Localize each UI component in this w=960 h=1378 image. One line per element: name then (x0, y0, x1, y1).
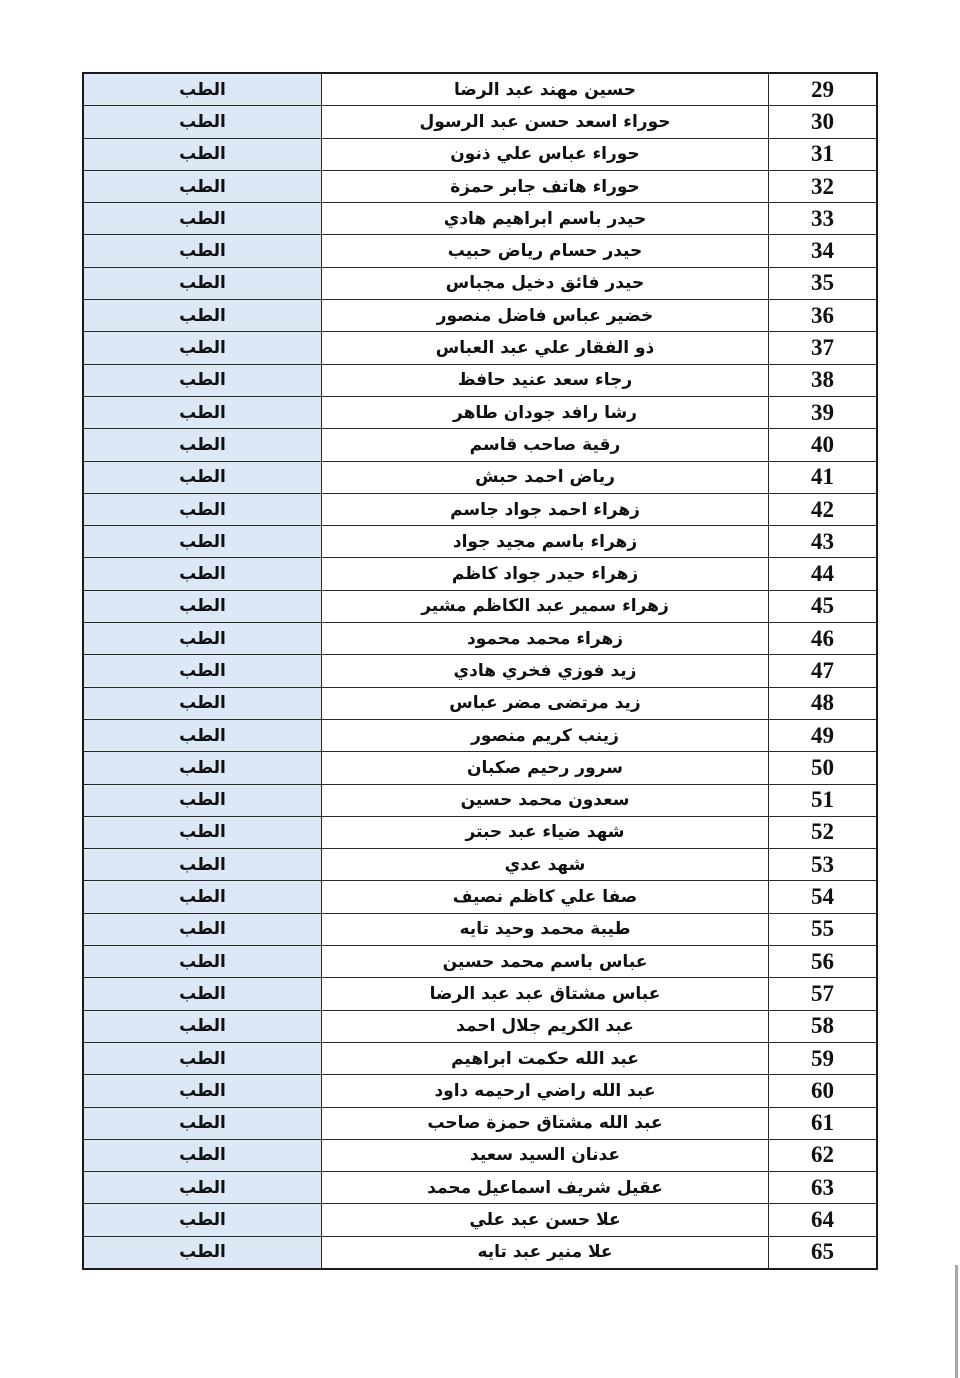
row-number-cell: 52 (769, 816, 878, 848)
specialty-cell: الطب (83, 752, 322, 784)
row-number-cell: 59 (769, 1042, 878, 1074)
specialty-cell: الطب (83, 235, 322, 267)
student-name-cell: خضير عباس فاضل منصور (322, 300, 769, 332)
student-roster-table: الطبحسين مهند عبد الرضا29الطبحوراء اسعد … (82, 72, 878, 1270)
table-row: الطبزهراء احمد جواد جاسم42 (83, 493, 877, 525)
student-name-cell: علا حسن عبد علي (322, 1204, 769, 1236)
table-row: الطبحيدر باسم ابراهيم هادي33 (83, 203, 877, 235)
row-number-cell: 43 (769, 526, 878, 558)
specialty-cell: الطب (83, 558, 322, 590)
row-number-cell: 53 (769, 849, 878, 881)
specialty-cell: الطب (83, 429, 322, 461)
student-name-cell: رشا رافد جودان طاهر (322, 396, 769, 428)
page-edge-scrollbar (955, 1265, 958, 1378)
row-number-cell: 65 (769, 1236, 878, 1269)
student-name-cell: رياض احمد حبش (322, 461, 769, 493)
specialty-cell: الطب (83, 687, 322, 719)
student-name-cell: حيدر حسام رياض حبيب (322, 235, 769, 267)
student-name-cell: رجاء سعد عنيد حافظ (322, 364, 769, 396)
row-number-cell: 41 (769, 461, 878, 493)
student-name-cell: عباس باسم محمد حسين (322, 946, 769, 978)
table-row: الطبزهراء حيدر جواد كاظم44 (83, 558, 877, 590)
row-number-cell: 63 (769, 1172, 878, 1204)
table-row: الطبعباس مشتاق عبد عبد الرضا57 (83, 978, 877, 1010)
row-number-cell: 60 (769, 1075, 878, 1107)
specialty-cell: الطب (83, 526, 322, 558)
table-row: الطبحوراء هاتف جابر حمزة32 (83, 170, 877, 202)
row-number-cell: 35 (769, 267, 878, 299)
table-row: الطبزيد فوزي فخري هادي47 (83, 655, 877, 687)
student-name-cell: شهد ضياء عبد حبتر (322, 816, 769, 848)
student-name-cell: عبد الله راضي ارحيمه داود (322, 1075, 769, 1107)
specialty-cell: الطب (83, 396, 322, 428)
table-row: الطبحوراء اسعد حسن عبد الرسول30 (83, 106, 877, 138)
table-row: الطبخضير عباس فاضل منصور36 (83, 300, 877, 332)
row-number-cell: 29 (769, 73, 878, 106)
student-name-cell: عبد الله مشتاق حمزة صاحب (322, 1107, 769, 1139)
table-row: الطبزهراء باسم مجيد جواد43 (83, 526, 877, 558)
specialty-cell: الطب (83, 1139, 322, 1171)
specialty-cell: الطب (83, 106, 322, 138)
specialty-cell: الطب (83, 1236, 322, 1269)
student-name-cell: زيد فوزي فخري هادي (322, 655, 769, 687)
specialty-cell: الطب (83, 170, 322, 202)
specialty-cell: الطب (83, 1010, 322, 1042)
specialty-cell: الطب (83, 978, 322, 1010)
student-name-cell: سرور رحيم صكبان (322, 752, 769, 784)
specialty-cell: الطب (83, 461, 322, 493)
student-name-cell: حوراء عباس علي ذنون (322, 138, 769, 170)
row-number-cell: 38 (769, 364, 878, 396)
student-name-cell: حيدر باسم ابراهيم هادي (322, 203, 769, 235)
table-row: الطبعلا حسن عبد علي64 (83, 1204, 877, 1236)
student-name-cell: حوراء هاتف جابر حمزة (322, 170, 769, 202)
specialty-cell: الطب (83, 267, 322, 299)
specialty-cell: الطب (83, 1075, 322, 1107)
row-number-cell: 34 (769, 235, 878, 267)
student-name-cell: زهراء احمد جواد جاسم (322, 493, 769, 525)
row-number-cell: 30 (769, 106, 878, 138)
row-number-cell: 45 (769, 590, 878, 622)
table-row: الطبعلا منير عبد تايه65 (83, 1236, 877, 1269)
student-name-cell: عبد الكريم جلال احمد (322, 1010, 769, 1042)
student-name-cell: ذو الفقار علي عبد العباس (322, 332, 769, 364)
table-row: الطبزهراء سمير عبد الكاظم مشير45 (83, 590, 877, 622)
row-number-cell: 54 (769, 881, 878, 913)
specialty-cell: الطب (83, 719, 322, 751)
row-number-cell: 36 (769, 300, 878, 332)
table-row: الطبعبد الله حكمت ابراهيم59 (83, 1042, 877, 1074)
specialty-cell: الطب (83, 849, 322, 881)
row-number-cell: 62 (769, 1139, 878, 1171)
specialty-cell: الطب (83, 784, 322, 816)
specialty-cell: الطب (83, 590, 322, 622)
row-number-cell: 48 (769, 687, 878, 719)
roster-body: الطبحسين مهند عبد الرضا29الطبحوراء اسعد … (83, 73, 877, 1269)
student-name-cell: رقية صاحب قاسم (322, 429, 769, 461)
table-row: الطبطيبة محمد وحيد تايه55 (83, 913, 877, 945)
specialty-cell: الطب (83, 1172, 322, 1204)
student-name-cell: صفا علي كاظم نصيف (322, 881, 769, 913)
student-name-cell: عقيل شريف اسماعيل محمد (322, 1172, 769, 1204)
specialty-cell: الطب (83, 946, 322, 978)
student-name-cell: عبد الله حكمت ابراهيم (322, 1042, 769, 1074)
row-number-cell: 32 (769, 170, 878, 202)
student-name-cell: طيبة محمد وحيد تايه (322, 913, 769, 945)
table-row: الطبسعدون محمد حسين51 (83, 784, 877, 816)
row-number-cell: 50 (769, 752, 878, 784)
table-row: الطبعبد الله راضي ارحيمه داود60 (83, 1075, 877, 1107)
table-row: الطبزهراء محمد محمود46 (83, 623, 877, 655)
row-number-cell: 51 (769, 784, 878, 816)
student-name-cell: عباس مشتاق عبد عبد الرضا (322, 978, 769, 1010)
table-row: الطبرقية صاحب قاسم40 (83, 429, 877, 461)
student-name-cell: شهد عدي (322, 849, 769, 881)
specialty-cell: الطب (83, 913, 322, 945)
table-row: الطبرشا رافد جودان طاهر39 (83, 396, 877, 428)
specialty-cell: الطب (83, 138, 322, 170)
table-row: الطبعبد الله مشتاق حمزة صاحب61 (83, 1107, 877, 1139)
row-number-cell: 47 (769, 655, 878, 687)
specialty-cell: الطب (83, 493, 322, 525)
student-name-cell: علا منير عبد تايه (322, 1236, 769, 1269)
table-row: الطبشهد ضياء عبد حبتر52 (83, 816, 877, 848)
table-row: الطبرجاء سعد عنيد حافظ38 (83, 364, 877, 396)
table-row: الطبسرور رحيم صكبان50 (83, 752, 877, 784)
specialty-cell: الطب (83, 203, 322, 235)
row-number-cell: 57 (769, 978, 878, 1010)
table-row: الطبصفا علي كاظم نصيف54 (83, 881, 877, 913)
document-sheet: الطبحسين مهند عبد الرضا29الطبحوراء اسعد … (82, 72, 872, 1270)
specialty-cell: الطب (83, 1042, 322, 1074)
table-row: الطبحيدر فائق دخيل مجباس35 (83, 267, 877, 299)
student-name-cell: زهراء حيدر جواد كاظم (322, 558, 769, 590)
specialty-cell: الطب (83, 332, 322, 364)
specialty-cell: الطب (83, 1107, 322, 1139)
specialty-cell: الطب (83, 73, 322, 106)
specialty-cell: الطب (83, 623, 322, 655)
specialty-cell: الطب (83, 816, 322, 848)
row-number-cell: 44 (769, 558, 878, 590)
row-number-cell: 39 (769, 396, 878, 428)
table-row: الطبحيدر حسام رياض حبيب34 (83, 235, 877, 267)
table-row: الطبعباس باسم محمد حسين56 (83, 946, 877, 978)
row-number-cell: 46 (769, 623, 878, 655)
student-name-cell: زهراء سمير عبد الكاظم مشير (322, 590, 769, 622)
row-number-cell: 64 (769, 1204, 878, 1236)
specialty-cell: الطب (83, 881, 322, 913)
student-name-cell: زيد مرتضى مضر عباس (322, 687, 769, 719)
table-row: الطبعبد الكريم جلال احمد58 (83, 1010, 877, 1042)
table-row: الطبعدنان السيد سعيد62 (83, 1139, 877, 1171)
specialty-cell: الطب (83, 655, 322, 687)
row-number-cell: 58 (769, 1010, 878, 1042)
student-name-cell: عدنان السيد سعيد (322, 1139, 769, 1171)
student-name-cell: زهراء باسم مجيد جواد (322, 526, 769, 558)
table-row: الطبرياض احمد حبش41 (83, 461, 877, 493)
row-number-cell: 33 (769, 203, 878, 235)
row-number-cell: 56 (769, 946, 878, 978)
table-row: الطبحسين مهند عبد الرضا29 (83, 73, 877, 106)
row-number-cell: 49 (769, 719, 878, 751)
specialty-cell: الطب (83, 1204, 322, 1236)
table-row: الطبزينب كريم منصور49 (83, 719, 877, 751)
table-row: الطبذو الفقار علي عبد العباس37 (83, 332, 877, 364)
table-row: الطبزيد مرتضى مضر عباس48 (83, 687, 877, 719)
student-name-cell: سعدون محمد حسين (322, 784, 769, 816)
row-number-cell: 37 (769, 332, 878, 364)
row-number-cell: 61 (769, 1107, 878, 1139)
student-name-cell: زهراء محمد محمود (322, 623, 769, 655)
student-name-cell: حوراء اسعد حسن عبد الرسول (322, 106, 769, 138)
specialty-cell: الطب (83, 300, 322, 332)
table-row: الطبعقيل شريف اسماعيل محمد63 (83, 1172, 877, 1204)
row-number-cell: 40 (769, 429, 878, 461)
table-row: الطبشهد عدي53 (83, 849, 877, 881)
student-name-cell: حسين مهند عبد الرضا (322, 73, 769, 106)
student-name-cell: حيدر فائق دخيل مجباس (322, 267, 769, 299)
specialty-cell: الطب (83, 364, 322, 396)
row-number-cell: 55 (769, 913, 878, 945)
row-number-cell: 31 (769, 138, 878, 170)
table-row: الطبحوراء عباس علي ذنون31 (83, 138, 877, 170)
student-name-cell: زينب كريم منصور (322, 719, 769, 751)
row-number-cell: 42 (769, 493, 878, 525)
